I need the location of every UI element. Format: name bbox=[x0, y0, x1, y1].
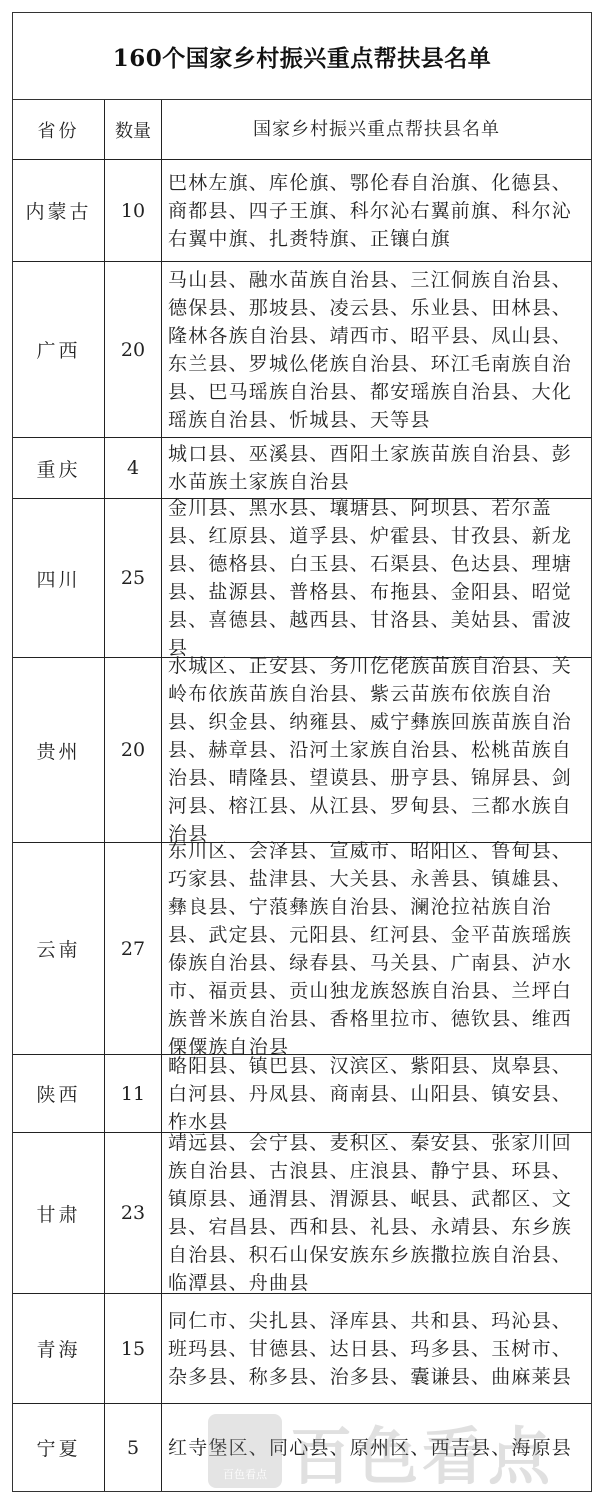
table-row: 重庆4城口县、巫溪县、酉阳土家族苗族自治县、彭水苗族土家族自治县 bbox=[13, 438, 591, 499]
count-cell: 10 bbox=[105, 160, 162, 261]
count-cell: 11 bbox=[105, 1055, 162, 1132]
county-list-cell: 同仁市、尖扎县、泽库县、共和县、玛沁县、班玛县、甘德县、达日县、玛多县、玉树市、… bbox=[162, 1294, 591, 1403]
province-cell: 云南 bbox=[13, 843, 105, 1054]
province-cell: 宁夏 bbox=[13, 1404, 105, 1491]
province-cell: 四川 bbox=[13, 499, 105, 657]
province-cell: 重庆 bbox=[13, 438, 105, 498]
province-cell: 贵州 bbox=[13, 658, 105, 842]
table-row: 陕西11略阳县、镇巴县、汉滨区、紫阳县、岚皋县、白河县、丹凤县、商南县、山阳县、… bbox=[13, 1055, 591, 1133]
table-row: 甘肃23靖远县、会宁县、麦积区、秦安县、张家川回族自治县、古浪县、庄浪县、静宁县… bbox=[13, 1133, 591, 1294]
count-cell: 20 bbox=[105, 262, 162, 437]
count-cell: 25 bbox=[105, 499, 162, 657]
county-list-cell: 红寺堡区、同心县、原州区、西吉县、海原县 bbox=[162, 1404, 591, 1491]
header-county-list: 国家乡村振兴重点帮扶县名单 bbox=[162, 100, 591, 159]
table-row: 贵州20水城区、正安县、务川仡佬族苗族自治县、关岭布依族苗族自治县、紫云苗族布依… bbox=[13, 658, 591, 843]
page-title: 160个国家乡村振兴重点帮扶县名单 bbox=[113, 40, 492, 73]
count-cell: 15 bbox=[105, 1294, 162, 1403]
county-list-cell: 水城区、正安县、务川仡佬族苗族自治县、关岭布依族苗族自治县、紫云苗族布依族自治县… bbox=[162, 658, 591, 842]
province-cell: 内蒙古 bbox=[13, 160, 105, 261]
count-cell: 4 bbox=[105, 438, 162, 498]
province-cell: 甘肃 bbox=[13, 1133, 105, 1293]
count-cell: 20 bbox=[105, 658, 162, 842]
county-list-cell: 马山县、融水苗族自治县、三江侗族自治县、德保县、那坡县、凌云县、乐业县、田林县、… bbox=[162, 262, 591, 437]
province-cell: 广西 bbox=[13, 262, 105, 437]
count-cell: 23 bbox=[105, 1133, 162, 1293]
header-province: 省份 bbox=[13, 100, 105, 159]
table-row: 云南27东川区、会泽县、宣威市、昭阳区、鲁甸县、巧家县、盐津县、大关县、永善县、… bbox=[13, 843, 591, 1055]
county-list-cell: 城口县、巫溪县、酉阳土家族苗族自治县、彭水苗族土家族自治县 bbox=[162, 438, 591, 498]
table-header-row: 省份 数量 国家乡村振兴重点帮扶县名单 bbox=[13, 100, 591, 160]
table-row: 青海15同仁市、尖扎县、泽库县、共和县、玛沁县、班玛县、甘德县、达日县、玛多县、… bbox=[13, 1294, 591, 1404]
county-list-table: 160个国家乡村振兴重点帮扶县名单 省份 数量 国家乡村振兴重点帮扶县名单 内蒙… bbox=[12, 12, 592, 1492]
province-cell: 青海 bbox=[13, 1294, 105, 1403]
county-list-cell: 略阳县、镇巴县、汉滨区、紫阳县、岚皋县、白河县、丹凤县、商南县、山阳县、镇安县、… bbox=[162, 1055, 591, 1132]
county-list-cell: 东川区、会泽县、宣威市、昭阳区、鲁甸县、巧家县、盐津县、大关县、永善县、镇雄县、… bbox=[162, 843, 591, 1054]
title-row: 160个国家乡村振兴重点帮扶县名单 bbox=[13, 13, 591, 100]
table-row: 广西20马山县、融水苗族自治县、三江侗族自治县、德保县、那坡县、凌云县、乐业县、… bbox=[13, 262, 591, 438]
county-list-cell: 靖远县、会宁县、麦积区、秦安县、张家川回族自治县、古浪县、庄浪县、静宁县、环县、… bbox=[162, 1133, 591, 1293]
count-cell: 5 bbox=[105, 1404, 162, 1491]
count-cell: 27 bbox=[105, 843, 162, 1054]
province-cell: 陕西 bbox=[13, 1055, 105, 1132]
county-list-cell: 金川县、黑水县、壤塘县、阿坝县、若尔盖县、红原县、道孚县、炉霍县、甘孜县、新龙县… bbox=[162, 499, 591, 657]
table-row: 内蒙古10巴林左旗、库伦旗、鄂伦春自治旗、化德县、商都县、四子王旗、科尔沁右翼前… bbox=[13, 160, 591, 262]
table-row: 四川25金川县、黑水县、壤塘县、阿坝县、若尔盖县、红原县、道孚县、炉霍县、甘孜县… bbox=[13, 499, 591, 658]
county-list-cell: 巴林左旗、库伦旗、鄂伦春自治旗、化德县、商都县、四子王旗、科尔沁右翼前旗、科尔沁… bbox=[162, 160, 591, 261]
table-row: 宁夏5红寺堡区、同心县、原州区、西吉县、海原县 bbox=[13, 1404, 591, 1491]
header-count: 数量 bbox=[105, 100, 162, 159]
